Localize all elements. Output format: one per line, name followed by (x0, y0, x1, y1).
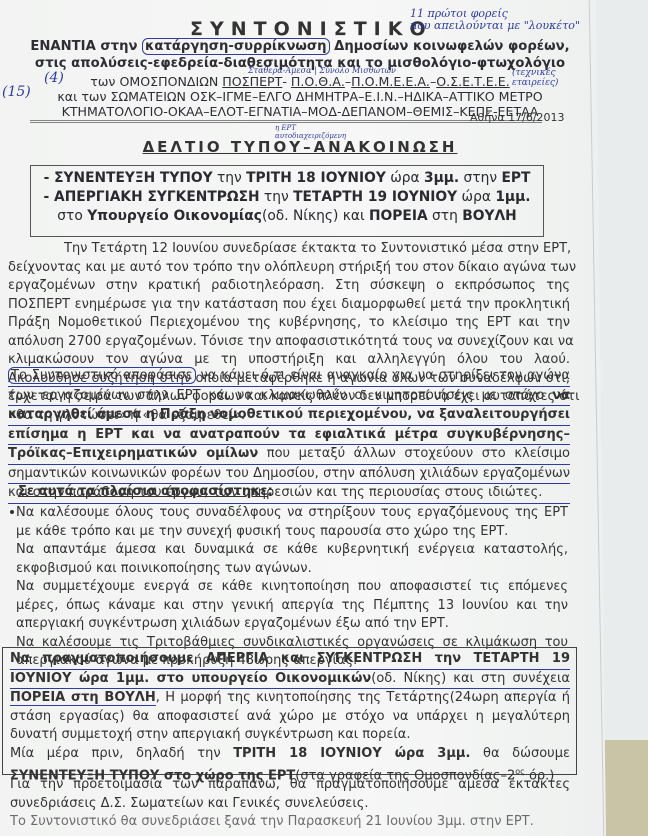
t: ΤΡΙΤΗ 18 ΙΟΥΝΙΟΥ (246, 170, 386, 186)
line: των εργαζομένων στην ΕΡΤ και να κλιμακωθ… (8, 387, 570, 407)
document-title: ΣΥΝΤΟΝΙΣΤΙΚΟ (190, 18, 433, 40)
t: Μία μέρα πριν, δηλαδή την (10, 746, 233, 761)
decisions-heading: Σε αυτά τα πλαίσια αποφασίστηκε: (18, 484, 273, 499)
summary-line-3: στο Υπουργείο Οικονομίας(οδ. Νίκης) και … (31, 207, 543, 226)
decision-item: Να καλέσουμε όλους τους συναδέλφους να σ… (16, 504, 568, 541)
summary-line-2: - ΑΠΕΡΓΙΑΚΗ ΣΥΓΚΕΝΤΡΩΣΗ την ΤΕΤΑΡΤΗ 19 Ι… (31, 188, 543, 207)
t: στο (57, 208, 87, 224)
summary-line-1: - ΣΥΝΕΝΤΕΥΞΗ ΤΥΠΟΥ την ΤΡΙΤΗ 18 ΙΟΥΝΙΟΥ … (31, 169, 543, 188)
line: Μία μέρα πριν, δηλαδή την ΤΡΙΤΗ 18 ΙΟΥΝΙ… (10, 745, 570, 764)
t: - ΑΠΕΡΓΙΑΚΗ ΣΥΓΚΕΝΤΡΩΣΗ (44, 189, 260, 205)
t: Τρόϊκας–Επιχειρηματικών ομίλων (8, 446, 258, 461)
line: Να συμμετέχουμε ενεργά σε κάθε κινητοποί… (16, 578, 568, 597)
line: απόλυση 2700 εργαζομένων. Τόνισε την απο… (8, 333, 570, 352)
line: μέρες, όπως κάναμε και στην γενική απεργ… (16, 597, 568, 616)
union-potha: Π.Ο.Θ.Α. (291, 74, 345, 89)
t: στην (459, 170, 501, 186)
t: ώρα (386, 170, 424, 186)
text: των ΟΜΟΣΠΟΝΔΙΩΝ (90, 74, 222, 89)
decision-item: Να συμμετέχουμε ενεργά σε κάθε κινητοποί… (16, 578, 568, 634)
line: Να πραγματοποιήσουμε ΑΠΕΡΓΙΑ και ΣΥΓΚΕΝΤ… (10, 650, 570, 670)
note-line: που απειλούνται με "λουκέτο" (410, 20, 580, 32)
circled-text: Το Συντονιστικό αποφάσισε (8, 367, 196, 384)
t: ΠΟΡΕΙΑ (369, 208, 428, 224)
header-line-4: και των ΣΩΜΑΤΕΙΩΝ ΟΣΚ–ΙΓΜΕ–ΕΛΓΟ ΔΗΜΗΤΡΑ–… (0, 89, 600, 104)
line: ΙΟΥΝΙΟΥ ώρα 1μμ. στο υπουργείο Οικονομικ… (10, 670, 570, 690)
t: ος (515, 767, 525, 776)
handwritten-note-right: (τεχνικές εταιρείες) (512, 68, 582, 88)
handwritten-note-top-right: 11 πρώτοι φορείς που απειλούνται με "λου… (410, 8, 580, 32)
t: ΤΕΤΑΡΤΗ 19 ΙΟΥΝΙΟΥ (293, 189, 457, 205)
decision-item: Να απαντάμε άμεσα και δυναμικά σε κάθε κ… (16, 541, 568, 578)
line: Πράξη Νομοθετικού Περιεχομένου της κυβέρ… (8, 314, 570, 333)
t: ΤΡΙΤΗ 18 ΙΟΥΝΙΟΥ ώρα 3μμ. (233, 746, 470, 761)
line: σημαντικών κοινωνικών φορέων του Δημοσίο… (8, 465, 570, 485)
t: 3μμ. (424, 170, 459, 186)
t: να (552, 388, 570, 403)
t: ΠΟΡΕΙΑ στη ΒΟΥΛΗ (10, 690, 156, 706)
line: Το Συντονιστικό αποφάσισε να κάνει ό,τι … (8, 367, 570, 387)
press-release-title: ΔΕΛΤΙΟ ΤΥΠΟΥ–ΑΝΑΚΟΙΝΩΣΗ (0, 138, 600, 156)
union-posprt: ΠΟΣΠΕΡΤ (222, 74, 282, 89)
document-page: ΣΥΝΤΟΝΙΣΤΙΚΟ 11 πρώτοι φορείς που απειλο… (0, 0, 606, 836)
line: καταργηθεί άμεσα η Πράξη νομοθετικού περ… (8, 406, 570, 426)
t: την (213, 170, 247, 186)
union-pomeea: Π.Ο.Μ.Ε.Ε.Α. (351, 74, 430, 89)
line: ΠΟΡΕΙΑ στη ΒΟΥΛΗ, Η μορφή της κινητοποίη… (10, 689, 570, 708)
t: Υπουργείο Οικονομίας (87, 208, 262, 224)
text: Δημοσίων κοινωφελών φορέων, (330, 39, 570, 54)
bullet-icon (10, 510, 14, 514)
line: δείχνοντας και με αυτό τον τρόπο την ολό… (8, 259, 570, 278)
line: επίσημα η ΕΡΤ και να ανατραπούν τα εφιαλ… (8, 426, 570, 446)
line: με κάθε τρόπο και με την συνεχή φυσική τ… (16, 523, 568, 542)
t: ώρα (457, 189, 495, 205)
circled-text: κατάργηση-συρρίκνωση (142, 38, 330, 55)
t: στη (428, 208, 463, 224)
summary-box: - ΣΥΝΕΝΤΕΥΞΗ ΤΥΠΟΥ την ΤΡΙΤΗ 18 ΙΟΥΝΙΟΥ … (30, 165, 544, 237)
line: Την Τετάρτη 12 Ιουνίου συνεδρίασε έκτακτ… (8, 240, 570, 259)
t: (οδ. Νίκης) και στη συνέχεια (371, 671, 570, 686)
document-date: Αθήνα 17/6/2013 (470, 111, 565, 124)
t: - ΣΥΝΕΝΤΕΥΞΗ ΤΥΠΟΥ (44, 170, 213, 186)
t: ΕΡΤ (501, 170, 530, 186)
line: εκφοβισμού και ποινικοποίησης των αγώνων… (16, 560, 568, 579)
t: των εργαζομένων στην ΕΡΤ και να κλιμακωθ… (8, 388, 552, 403)
closing-paragraph: Για την προετοιμασία των παραπάνω, θα πρ… (10, 776, 570, 832)
t: , Η μορφή της κινητοποίησης της Τετάρτης… (156, 690, 570, 705)
line: στάση εργασίας) θα αποφασιστεί ανά χώρο … (10, 708, 570, 727)
line: Να καλέσουμε όλους τους συναδέλφους να σ… (16, 504, 568, 523)
header-line-1: ΕΝΑΝΤΙΑ στην κατάργηση-συρρίκνωση Δημοσί… (0, 39, 600, 54)
line: δυνατή συμμετοχή στην απεργιακή συγκέντρ… (10, 726, 570, 745)
t: ΒΟΥΛΗ (462, 208, 516, 224)
t: ΙΟΥΝΙΟΥ ώρα 1μμ. στο υπουργείο Οικονομικ… (10, 671, 371, 686)
decisions-list: Να καλέσουμε όλους τους συναδέλφους να σ… (16, 504, 568, 671)
line: Να απαντάμε άμεσα και δυναμικά σε κάθε κ… (16, 541, 568, 560)
t: (οδ. Νίκης) και (262, 208, 369, 224)
t: 1μμ. (495, 189, 530, 205)
strike-box-text: Να πραγματοποιήσουμε ΑΠΕΡΓΙΑ και ΣΥΓΚΕΝΤ… (10, 650, 570, 786)
t: την (260, 189, 294, 205)
line: Το Συντονιστικό θα συνεδριάσει ξανά την … (10, 813, 570, 832)
header-line-3: των ΟΜΟΣΠΟΝΔΙΩΝ ΠΟΣΠΕΡΤ- Π.Ο.Θ.Α.–Π.Ο.Μ.… (0, 74, 600, 89)
union-osetee: Ο.Σ.Ε.Τ.Ε.Ε. (436, 74, 509, 89)
line: Τρόϊκας–Επιχειρηματικών ομίλων που μεταξ… (8, 445, 570, 465)
line: εργαζομένων στην κρατική ραδιοτηλεόραση.… (8, 277, 570, 296)
t: που μεταξύ άλλων στοχεύουν στο κλείσιμο (258, 446, 570, 461)
t: : (268, 484, 273, 499)
line: Για την προετοιμασία των παραπάνω, θα πρ… (10, 776, 570, 795)
line: απεργιακή συγκέντρωση χιλιάδων εργαζομέν… (16, 615, 568, 634)
line: ΠΟΣΠΕΡΤ ενημέρωσε για την κατάσταση που … (8, 296, 570, 315)
t: να κάνει ό,τι είναι αναγκαίο για να στηρ… (196, 368, 570, 383)
line: συνεδριάσεις Δ.Σ. Σωματείων και Γενικές … (10, 795, 570, 814)
text: ΕΝΑΝΤΙΑ στην (30, 39, 142, 54)
t: θα δώσουμε (470, 746, 570, 761)
t: Σε αυτά τα πλαίσια αποφασίστηκε (18, 484, 268, 499)
